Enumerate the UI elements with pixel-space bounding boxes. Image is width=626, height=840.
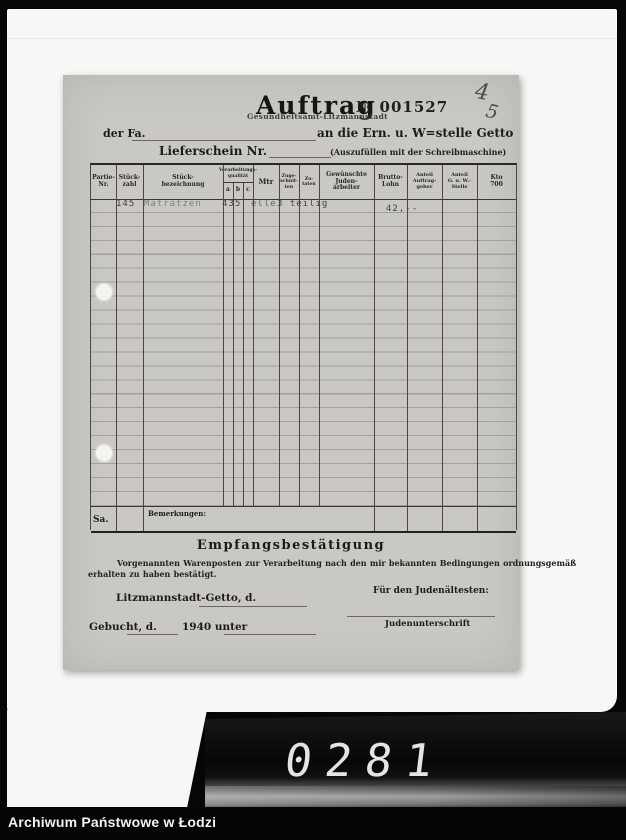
column-divider bbox=[116, 199, 117, 506]
column-divider bbox=[223, 199, 224, 506]
col-header-anteil-auftraggeber: Anteil Auftrag- geber bbox=[407, 165, 442, 199]
col-header-qual-c: c bbox=[243, 182, 253, 199]
film-counter-display: 0281 bbox=[282, 738, 448, 783]
place-date-label: Litzmannstadt-Getto, d. bbox=[116, 592, 256, 604]
column-divider bbox=[143, 165, 144, 199]
column-divider bbox=[407, 199, 408, 506]
typed-entry-qualitaet: 435 bbox=[222, 199, 241, 209]
typed-entry-detail2: 3 teilig bbox=[277, 199, 328, 209]
col-header-judenarbeiter: Gewünschte Juden- arbeiter bbox=[319, 165, 374, 199]
col-header-qualitaet: Verarbeitungs- qualität bbox=[223, 165, 253, 182]
col-header-bezeichnung: Stück- bezeichnung bbox=[143, 165, 223, 199]
col-header-bruttolohn: Brutto- Lohn bbox=[374, 165, 407, 199]
bemerkungen-label: Bemerkungen: bbox=[148, 509, 206, 518]
archive-caption: Archiwum Państwowe w Łodzi bbox=[8, 814, 216, 830]
confirmation-text-line1: Vorgenannten Warenposten zur Verarbeitun… bbox=[117, 558, 576, 568]
for-elder-label: Für den Judenältesten: bbox=[373, 586, 489, 596]
column-divider bbox=[442, 507, 443, 531]
column-divider bbox=[407, 165, 408, 199]
column-divider bbox=[374, 507, 375, 531]
counter-base-sheen bbox=[205, 786, 626, 808]
col-header-zutaten: Zu- taten bbox=[299, 165, 319, 199]
column-divider bbox=[374, 165, 375, 199]
booked-fill-line-1 bbox=[127, 633, 178, 635]
column-divider bbox=[299, 199, 300, 506]
column-divider bbox=[477, 165, 478, 199]
punch-hole-bottom bbox=[96, 445, 112, 461]
col-header-mtr: Mtr bbox=[253, 165, 279, 199]
firm-fill-line bbox=[132, 139, 316, 141]
booked-label: Gebucht, d. bbox=[89, 621, 157, 633]
place-date-fill-line bbox=[199, 605, 307, 607]
column-divider bbox=[143, 199, 144, 506]
column-divider bbox=[374, 199, 375, 506]
issuer-stamp: Gesundheitsamt-Litzmannstadt bbox=[247, 112, 388, 121]
film-counter-device: 0281 bbox=[205, 712, 626, 808]
lieferschein-fill-line bbox=[269, 156, 331, 158]
signature-line bbox=[347, 615, 495, 617]
signature-label: Judenunterschrift bbox=[385, 619, 470, 629]
column-divider bbox=[143, 507, 144, 531]
column-divider bbox=[407, 507, 408, 531]
white-mat-lower bbox=[7, 710, 207, 808]
column-divider bbox=[223, 165, 224, 199]
typed-entry-detail1: elle bbox=[251, 199, 277, 209]
typed-entry-stueckzahl: 145 bbox=[116, 199, 135, 209]
column-divider bbox=[116, 165, 117, 199]
confirmation-text-line2: erhalten zu haben bestätigt. bbox=[88, 569, 217, 579]
punch-hole-top bbox=[96, 284, 112, 300]
col-header-zugeschnitten: Zuge- schnit- ten bbox=[279, 165, 299, 199]
col-header-qual-a: a bbox=[223, 182, 233, 199]
column-divider bbox=[116, 507, 117, 531]
column-divider bbox=[319, 165, 320, 199]
column-divider bbox=[243, 199, 244, 506]
order-table: Partie- Nr. Stück- zahl Stück- bezeichnu… bbox=[90, 163, 517, 530]
table-body bbox=[91, 199, 516, 506]
column-divider bbox=[319, 199, 320, 506]
table-header-row: Partie- Nr. Stück- zahl Stück- bezeichnu… bbox=[91, 165, 516, 200]
column-divider bbox=[243, 182, 244, 199]
sum-label: Sa. bbox=[93, 515, 108, 525]
booked-fill-line-2 bbox=[224, 633, 316, 635]
column-divider bbox=[253, 165, 254, 199]
typewriter-note: (Auszufüllen mit der Schreibmaschine) bbox=[330, 147, 506, 157]
quality-subheader-divider bbox=[223, 182, 253, 183]
col-header-partie: Partie- Nr. bbox=[91, 165, 116, 199]
recipient-line: an die Ern. u. W=stelle Getto bbox=[317, 126, 513, 140]
typed-entry-anteil-mark: - bbox=[412, 204, 418, 214]
column-divider bbox=[253, 199, 254, 506]
column-divider bbox=[279, 165, 280, 199]
column-divider bbox=[477, 507, 478, 531]
column-divider bbox=[442, 199, 443, 506]
column-divider bbox=[233, 199, 234, 506]
col-header-kto: Kto 700 bbox=[477, 165, 516, 199]
confirmation-heading: Empfangsbestätigung bbox=[63, 538, 519, 553]
photo-frame: Auftrag № 001527 4 5 Gesundheitsamt-Litz… bbox=[0, 0, 626, 840]
typed-entry-bezeichnung: Matratzen bbox=[144, 199, 202, 209]
column-divider bbox=[299, 165, 300, 199]
typed-entry-bruttolohn: 42,- bbox=[386, 204, 412, 214]
col-header-qual-b: b bbox=[233, 182, 243, 199]
column-divider bbox=[477, 199, 478, 506]
column-divider bbox=[442, 165, 443, 199]
col-header-stueckzahl: Stück- zahl bbox=[116, 165, 143, 199]
column-divider bbox=[279, 199, 280, 506]
col-header-anteil-guw: Anteil G. u. W.- Stelle bbox=[442, 165, 477, 199]
archive-caption-bar: Archiwum Państwowe w Łodzi bbox=[0, 807, 626, 840]
document-paper: Auftrag № 001527 4 5 Gesundheitsamt-Litz… bbox=[63, 75, 519, 670]
lieferschein-label: Lieferschein Nr. bbox=[159, 144, 267, 158]
booked-year-label: 1940 unter bbox=[182, 621, 247, 633]
table-footer-strip: Sa. Bemerkungen: bbox=[91, 506, 516, 533]
column-divider bbox=[233, 182, 234, 199]
mat-crease-line bbox=[7, 38, 617, 39]
